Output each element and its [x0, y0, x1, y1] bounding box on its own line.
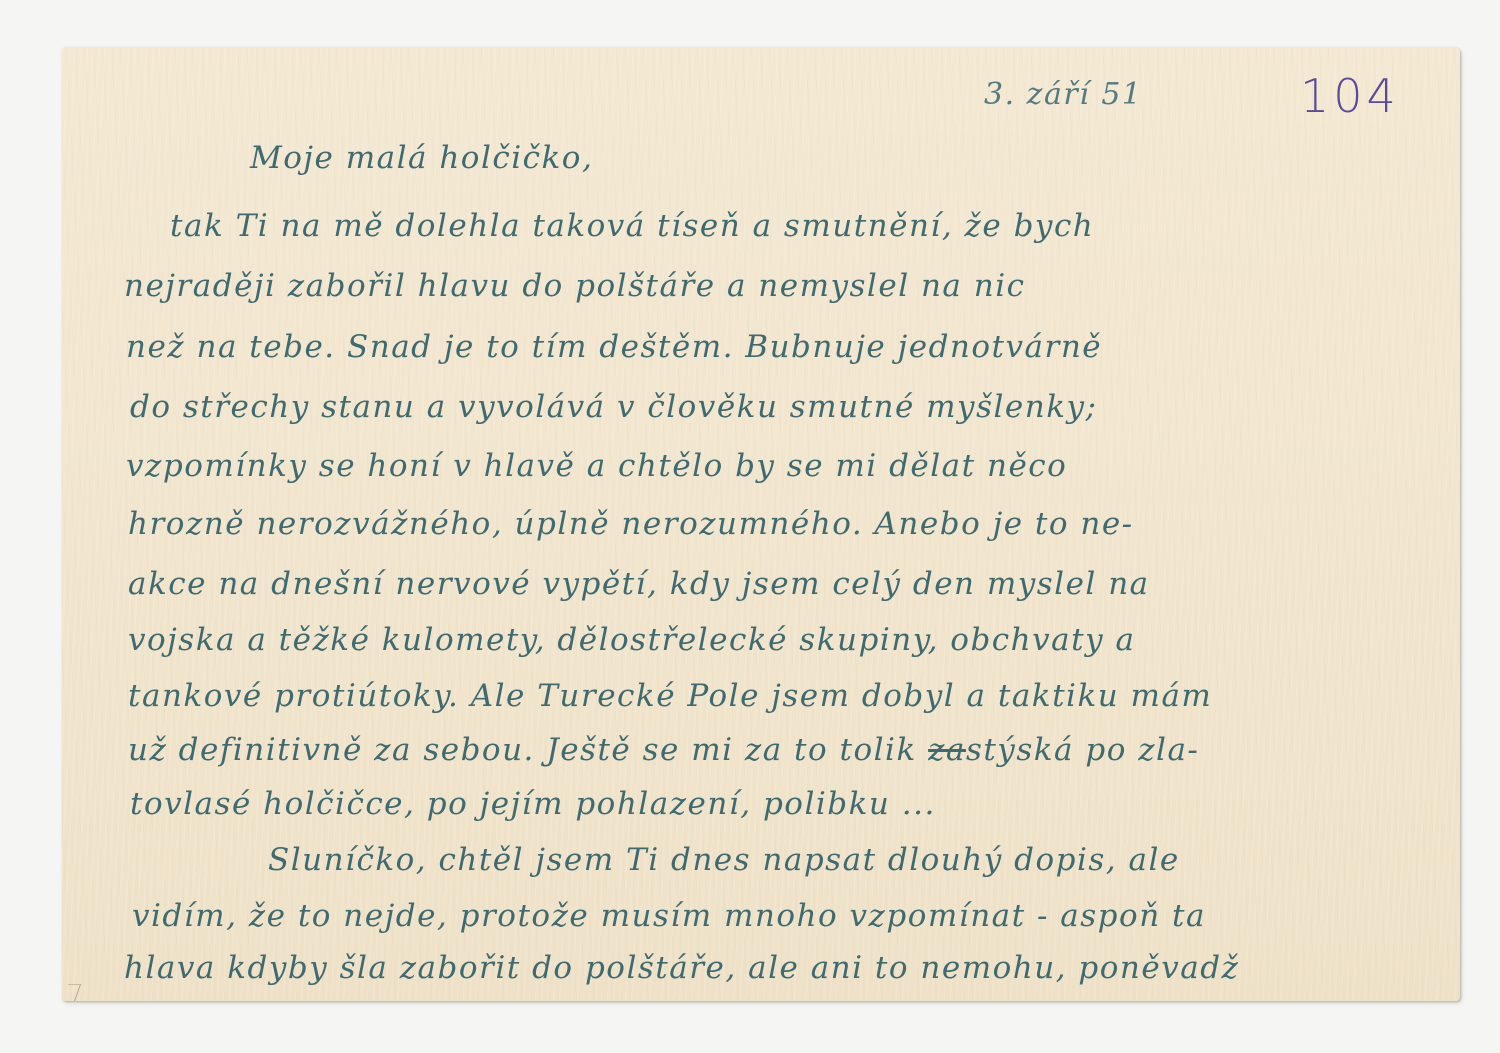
scanned-letter: 3. září 51 104 Moje malá holčičko, tak T… — [0, 0, 1500, 1053]
letter-line-8: vojska a těžké kulomety, dělostřelecké s… — [128, 625, 1135, 656]
line-10-after: stýská po zla- — [966, 732, 1199, 768]
letter-line-1: tak Ti na mě dolehla taková tíseň a smut… — [170, 211, 1094, 242]
letter-line-2: nejraději zabořil hlavu do polštáře a ne… — [124, 271, 1026, 302]
letter-date: 3. září 51 — [984, 77, 1143, 112]
letter-line-13: vidím, že to nejde, protože musím mnoho … — [132, 901, 1206, 932]
letter-line-11: tovlasé holčičce, po jejím pohlazení, po… — [130, 789, 936, 820]
letter-line-7: akce na dnešní nervové vypětí, kdy jsem … — [128, 569, 1150, 600]
postcard-paper: 3. září 51 104 Moje malá holčičko, tak T… — [62, 47, 1460, 1001]
struck-out-word: za — [928, 732, 966, 768]
letter-line-14: hlava kdyby šla zabořit do polštáře, ale… — [124, 953, 1239, 984]
line-10-before: už definitivně za sebou. Ještě se mi za … — [128, 732, 928, 768]
letter-line-12: Sluníčko, chtěl jsem Ti dnes napsat dlou… — [268, 845, 1180, 876]
letter-line-3: než na tebe. Snad je to tím deštěm. Bubn… — [126, 332, 1102, 363]
letter-line-4: do střechy stanu a vyvolává v člověku sm… — [130, 392, 1097, 423]
salutation: Moje malá holčičko, — [250, 143, 593, 174]
letter-line-9: tankové protiútoky. Ale Turecké Pole jse… — [128, 681, 1212, 712]
letter-line-6: hrozně nerozvážného, úplně nerozumného. … — [128, 509, 1134, 540]
letter-line-5: vzpomínky se honí v hlavě a chtělo by se… — [126, 451, 1067, 482]
page-number: 104 — [1300, 69, 1400, 123]
bent-corner — [62, 984, 81, 1001]
letter-line-10: už definitivně za sebou. Ještě se mi za … — [128, 735, 1199, 766]
